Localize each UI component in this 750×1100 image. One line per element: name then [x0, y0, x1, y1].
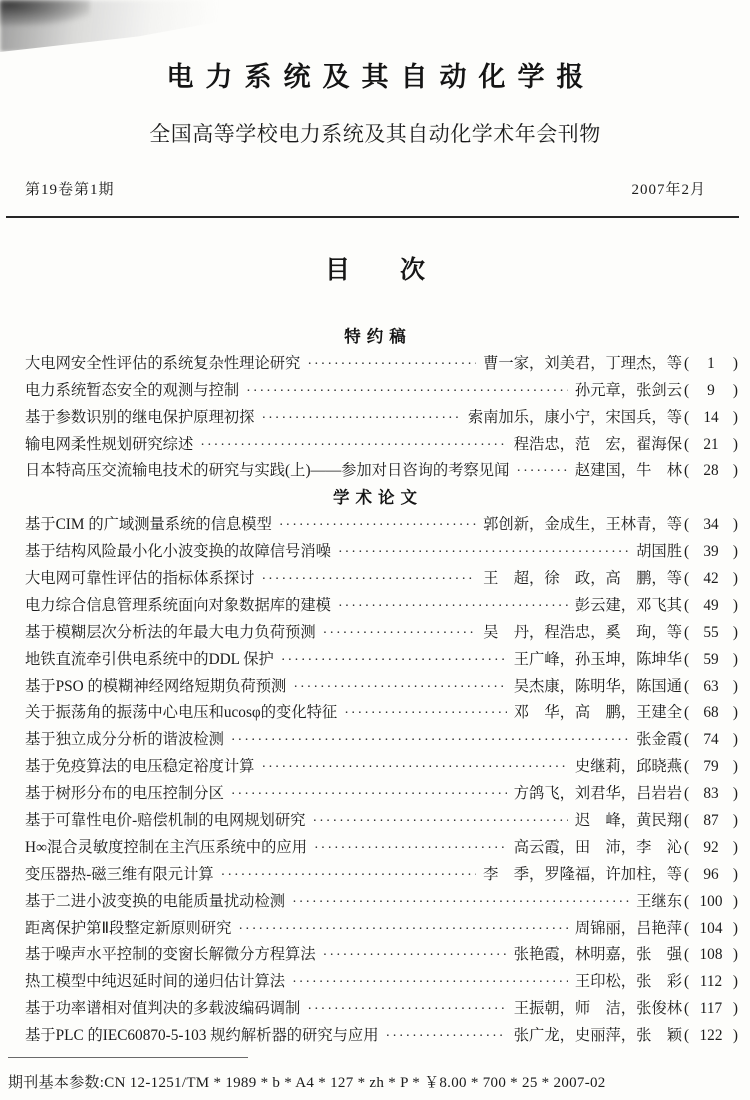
toc-row: 大电网安全性评估的系统复杂性理论研究 曹一家，刘美君，丁理杰，等 1: [0, 351, 750, 378]
toc-leader-dots: [261, 405, 460, 433]
toc-item-title: 地铁直流牵引供电系统中的DDL 保护: [25, 647, 274, 674]
toc-item-page-number: 49: [703, 593, 718, 620]
toc-section-heading: 特约稿: [0, 324, 750, 351]
toc-item-page: 14: [684, 405, 738, 432]
contents-title: 目 次: [0, 250, 750, 286]
toc-leader-dots: [314, 835, 507, 863]
toc-item-authors: 张艳霞，林明嘉，张 强: [514, 942, 682, 969]
toc-item-page: 108: [684, 942, 738, 969]
toc-leader-dots: [307, 996, 506, 1024]
toc-item-page-number: 63: [703, 674, 718, 701]
toc-item-page: 68: [684, 700, 738, 727]
toc-leader-dots: [246, 378, 568, 406]
toc-item-title: 基于二进小波变换的电能质量扰动检测: [25, 889, 285, 916]
toc-item-authors: 王 超，徐 政，高 鹏，等: [483, 566, 682, 593]
toc-item-title: 大电网安全性评估的系统复杂性理论研究: [25, 351, 300, 378]
toc-item-page: 9: [684, 378, 738, 405]
toc-leader-dots: [338, 539, 629, 567]
toc-leader-dots: [516, 458, 568, 486]
toc-row: 电力综合信息管理系统面向对象数据库的建模 彭云建，邓飞其 49: [0, 593, 750, 620]
toc-item-title: 关于振荡角的振荡中心电压和ucosφ的变化特征: [25, 700, 337, 727]
toc-item-page: 34: [684, 512, 738, 539]
toc-row: 变压器热-磁三维有限元计算 李 季，罗隆福，许加柱，等 96: [0, 862, 750, 889]
journal-title: 电力系统及其自动化学报: [0, 55, 750, 94]
toc-leader-dots: [238, 916, 568, 944]
toc-leader-dots: [231, 727, 629, 755]
volume-issue: 第19卷第1期: [25, 178, 115, 199]
toc-item-authors: 邓 华，高 鹏，王建全: [514, 700, 682, 727]
toc-leader-dots: [338, 593, 568, 621]
toc-item-authors: 孙元章，张剑云: [575, 378, 682, 405]
issue-date: 2007年2月: [631, 178, 706, 199]
toc-row: 地铁直流牵引供电系统中的DDL 保护 王广峰，孙玉坤，陈坤华 59: [0, 647, 750, 674]
toc-item-page: 112: [684, 969, 738, 996]
toc-item-page: 117: [684, 996, 738, 1023]
toc-row: 基于参数识别的继电保护原理初探 索南加乐，康小宁，宋国兵，等 14: [0, 405, 750, 432]
toc-item-title: 基于PLC 的IEC60870-5-103 规约解析器的研究与应用: [25, 1023, 379, 1050]
toc-item-title: 基于功率谱相对值判决的多载波编码调制: [25, 996, 300, 1023]
toc-item-page: 122: [684, 1023, 738, 1050]
toc-row: 关于振荡角的振荡中心电压和ucosφ的变化特征 邓 华，高 鹏，王建全 68: [0, 700, 750, 727]
toc-row: 基于CIM 的广域测量系统的信息模型 郭创新，金成生，王林青，等 34: [0, 512, 750, 539]
toc-item-page: 87: [684, 808, 738, 835]
toc-item-authors: 王继东: [636, 889, 682, 916]
toc-item-page-number: 112: [700, 969, 722, 996]
toc-row: 热工模型中纯迟延时间的递归估计算法 王印松，张 彩 112: [0, 969, 750, 996]
toc-sections: 特约稿 大电网安全性评估的系统复杂性理论研究 曹一家，刘美君，丁理杰，等 1 电…: [0, 324, 750, 1050]
toc-item-page-number: 59: [703, 647, 718, 674]
toc-item-page: 55: [684, 620, 738, 647]
toc-item-page-number: 28: [703, 458, 718, 485]
toc-item-page-number: 1: [707, 351, 715, 378]
toc-item-title: H∞混合灵敏度控制在主汽压系统中的应用: [25, 835, 307, 862]
toc-row: 基于可靠性电价-赔偿机制的电网规划研究 迟 峰，黄民翔 87: [0, 808, 750, 835]
toc-item-page-number: 96: [703, 862, 718, 889]
toc-row: 基于二进小波变换的电能质量扰动检测 王继东 100: [0, 889, 750, 916]
toc-row: 日本特高压交流输电技术的研究与实践(上)——参加对日咨询的考察见闻 赵建国，牛 …: [0, 458, 750, 485]
toc-leader-dots: [261, 754, 567, 782]
toc-row: 基于噪声水平控制的变窗长解微分方程算法 张艳霞，林明嘉，张 强 108: [0, 942, 750, 969]
toc-leader-dots: [292, 969, 568, 997]
toc-item-title: 日本特高压交流输电技术的研究与实践(上)——参加对日咨询的考察见闻: [25, 458, 509, 485]
toc-item-page: 1: [684, 351, 738, 378]
toc-item-page-number: 21: [703, 432, 718, 459]
toc-item-authors: 张广龙，史丽萍，张 颖: [514, 1023, 682, 1050]
toc-row: 大电网可靠性评估的指标体系探讨 王 超，徐 政，高 鹏，等 42: [0, 566, 750, 593]
toc-row: 距离保护第Ⅱ段整定新原则研究 周锦丽，吕艳萍 104: [0, 916, 750, 943]
toc-item-page-number: 55: [703, 620, 718, 647]
toc-item-page-number: 100: [700, 889, 723, 916]
toc-item-page: 104: [684, 916, 738, 943]
toc-item-authors: 高云霞，田 沛，李 沁: [514, 835, 682, 862]
toc-leader-dots: [344, 700, 507, 728]
footer-rule: [8, 1057, 248, 1058]
toc-item-authors: 王印松，张 彩: [575, 969, 682, 996]
issue-info-row: 第19卷第1期 2007年2月: [0, 178, 750, 199]
toc-item-page: 28: [684, 458, 738, 485]
toc-row: H∞混合灵敏度控制在主汽压系统中的应用 高云霞，田 沛，李 沁 92: [0, 835, 750, 862]
toc-item-page-number: 74: [703, 727, 718, 754]
toc-item-page: 100: [684, 889, 738, 916]
toc-item-page-number: 108: [700, 942, 723, 969]
toc-leader-dots: [307, 351, 476, 379]
toc-section-heading: 学术论文: [0, 485, 750, 512]
toc-item-title: 基于CIM 的广域测量系统的信息模型: [25, 512, 272, 539]
toc-item-page-number: 34: [703, 512, 718, 539]
toc-leader-dots: [386, 1023, 507, 1051]
toc-row: 输电网柔性规划研究综述 程浩忠，范 宏，翟海保 21: [0, 432, 750, 459]
toc-item-title: 电力系统暂态安全的观测与控制: [25, 378, 239, 405]
toc-row: 基于结构风险最小化小波变换的故障信号消噪 胡国胜 39: [0, 539, 750, 566]
toc-item-page-number: 14: [703, 405, 718, 432]
toc-item-authors: 赵建国，牛 林: [575, 458, 682, 485]
toc-item-title: 基于独立成分分析的谐波检测: [25, 727, 224, 754]
toc-item-page-number: 79: [703, 754, 718, 781]
toc-leader-dots: [261, 566, 476, 594]
toc-row: 基于独立成分分析的谐波检测 张金霞 74: [0, 727, 750, 754]
toc-item-page: 59: [684, 647, 738, 674]
header-rule: [6, 216, 739, 218]
toc-item-page: 92: [684, 835, 738, 862]
toc-item-page: 79: [684, 754, 738, 781]
toc-item-page-number: 117: [700, 996, 722, 1023]
toc-item-page-number: 104: [700, 916, 723, 943]
toc-item-title: 基于结构风险最小化小波变换的故障信号消噪: [25, 539, 331, 566]
toc-item-page: 49: [684, 593, 738, 620]
toc-item-authors: 曹一家，刘美君，丁理杰，等: [483, 351, 682, 378]
toc-item-authors: 彭云建，邓飞其: [575, 593, 682, 620]
toc-item-title: 基于免疫算法的电压稳定裕度计算: [25, 754, 254, 781]
toc-row: 基于模糊层次分析法的年最大电力负荷预测 吴 丹，程浩忠，奚 珣，等 55: [0, 620, 750, 647]
toc-item-authors: 程浩忠，范 宏，翟海保: [514, 432, 682, 459]
toc-item-page-number: 122: [700, 1023, 723, 1050]
toc-item-authors: 胡国胜: [636, 539, 682, 566]
toc-item-title: 电力综合信息管理系统面向对象数据库的建模: [25, 593, 331, 620]
toc-leader-dots: [292, 889, 629, 917]
toc-item-page-number: 39: [703, 539, 718, 566]
toc-leader-dots: [200, 432, 506, 460]
toc-leader-dots: [279, 512, 476, 540]
scan-smudge-corner: [0, 0, 90, 26]
toc-row: 基于功率谱相对值判决的多载波编码调制 王振朝，师 洁，张俊林 117: [0, 996, 750, 1023]
toc-item-page: 63: [684, 674, 738, 701]
toc-item-authors: 史继莉，邱晓燕: [575, 754, 682, 781]
toc-leader-dots: [312, 808, 567, 836]
toc-item-authors: 王广峰，孙玉坤，陈坤华: [514, 647, 682, 674]
toc-item-title: 变压器热-磁三维有限元计算: [25, 862, 214, 889]
toc-item-authors: 索南加乐，康小宁，宋国兵，等: [468, 405, 682, 432]
toc-item-title: 基于模糊层次分析法的年最大电力负荷预测: [25, 620, 316, 647]
toc-item-page: 21: [684, 432, 738, 459]
toc-item-page: 96: [684, 862, 738, 889]
toc-row: 电力系统暂态安全的观测与控制 孙元章，张剑云 9: [0, 378, 750, 405]
toc-item-authors: 王振朝，师 洁，张俊林: [514, 996, 682, 1023]
toc-item-page-number: 42: [703, 566, 718, 593]
toc-row: 基于PSO 的模糊神经网络短期负荷预测 吴杰康，陈明华，陈国通 63: [0, 674, 750, 701]
toc-item-page: 83: [684, 781, 738, 808]
toc-item-title: 大电网可靠性评估的指标体系探讨: [25, 566, 254, 593]
toc-item-page: 74: [684, 727, 738, 754]
toc-item-authors: 方鸽飞，刘君华，吕岩岩: [514, 781, 682, 808]
toc-item-authors: 周锦丽，吕艳萍: [575, 916, 682, 943]
toc-item-page-number: 9: [707, 378, 715, 405]
toc-item-page-number: 92: [703, 835, 718, 862]
toc-item-page-number: 68: [703, 700, 718, 727]
toc-item-title: 输电网柔性规划研究综述: [25, 432, 193, 459]
toc-item-title: 基于树形分布的电压控制分区: [25, 781, 224, 808]
toc-item-authors: 郭创新，金成生，王林青，等: [483, 512, 682, 539]
toc-item-authors: 迟 峰，黄民翔: [575, 808, 682, 835]
toc-item-authors: 张金霞: [636, 727, 682, 754]
toc-item-authors: 吴 丹，程浩忠，奚 珣，等: [483, 620, 682, 647]
toc-leader-dots: [323, 942, 507, 970]
toc-item-title: 基于PSO 的模糊神经网络短期负荷预测: [25, 674, 286, 701]
toc-leader-dots: [323, 620, 476, 648]
toc-item-page: 39: [684, 539, 738, 566]
journal-subtitle: 全国高等学校电力系统及其自动化学术年会刊物: [0, 118, 750, 148]
toc-item-title: 基于参数识别的继电保护原理初探: [25, 405, 254, 432]
toc-item-title: 距离保护第Ⅱ段整定新原则研究: [25, 916, 231, 943]
toc-item-title: 基于可靠性电价-赔偿机制的电网规划研究: [25, 808, 305, 835]
toc-item-title: 热工模型中纯迟延时间的递归估计算法: [25, 969, 285, 996]
toc-item-page: 42: [684, 566, 738, 593]
toc-leader-dots: [231, 781, 507, 809]
toc-item-page-number: 83: [703, 781, 718, 808]
toc-row: 基于PLC 的IEC60870-5-103 规约解析器的研究与应用 张广龙，史丽…: [0, 1023, 750, 1050]
toc-leader-dots: [293, 674, 506, 702]
toc-item-page-number: 87: [703, 808, 718, 835]
toc-leader-dots: [221, 862, 476, 890]
toc-row: 基于免疫算法的电压稳定裕度计算 史继莉，邱晓燕 79: [0, 754, 750, 781]
toc-item-title: 基于噪声水平控制的变窗长解微分方程算法: [25, 942, 316, 969]
journal-footer-info: 期刊基本参数:CN 12-1251/TM * 1989 * b * A4 * 1…: [0, 1071, 750, 1092]
toc-row: 基于树形分布的电压控制分区 方鸽飞，刘君华，吕岩岩 83: [0, 781, 750, 808]
toc-item-authors: 李 季，罗隆福，许加柱，等: [483, 862, 682, 889]
toc-leader-dots: [281, 647, 507, 675]
journal-toc-page: 电力系统及其自动化学报 全国高等学校电力系统及其自动化学术年会刊物 第19卷第1…: [0, 0, 750, 1100]
toc-item-authors: 吴杰康，陈明华，陈国通: [514, 674, 682, 701]
